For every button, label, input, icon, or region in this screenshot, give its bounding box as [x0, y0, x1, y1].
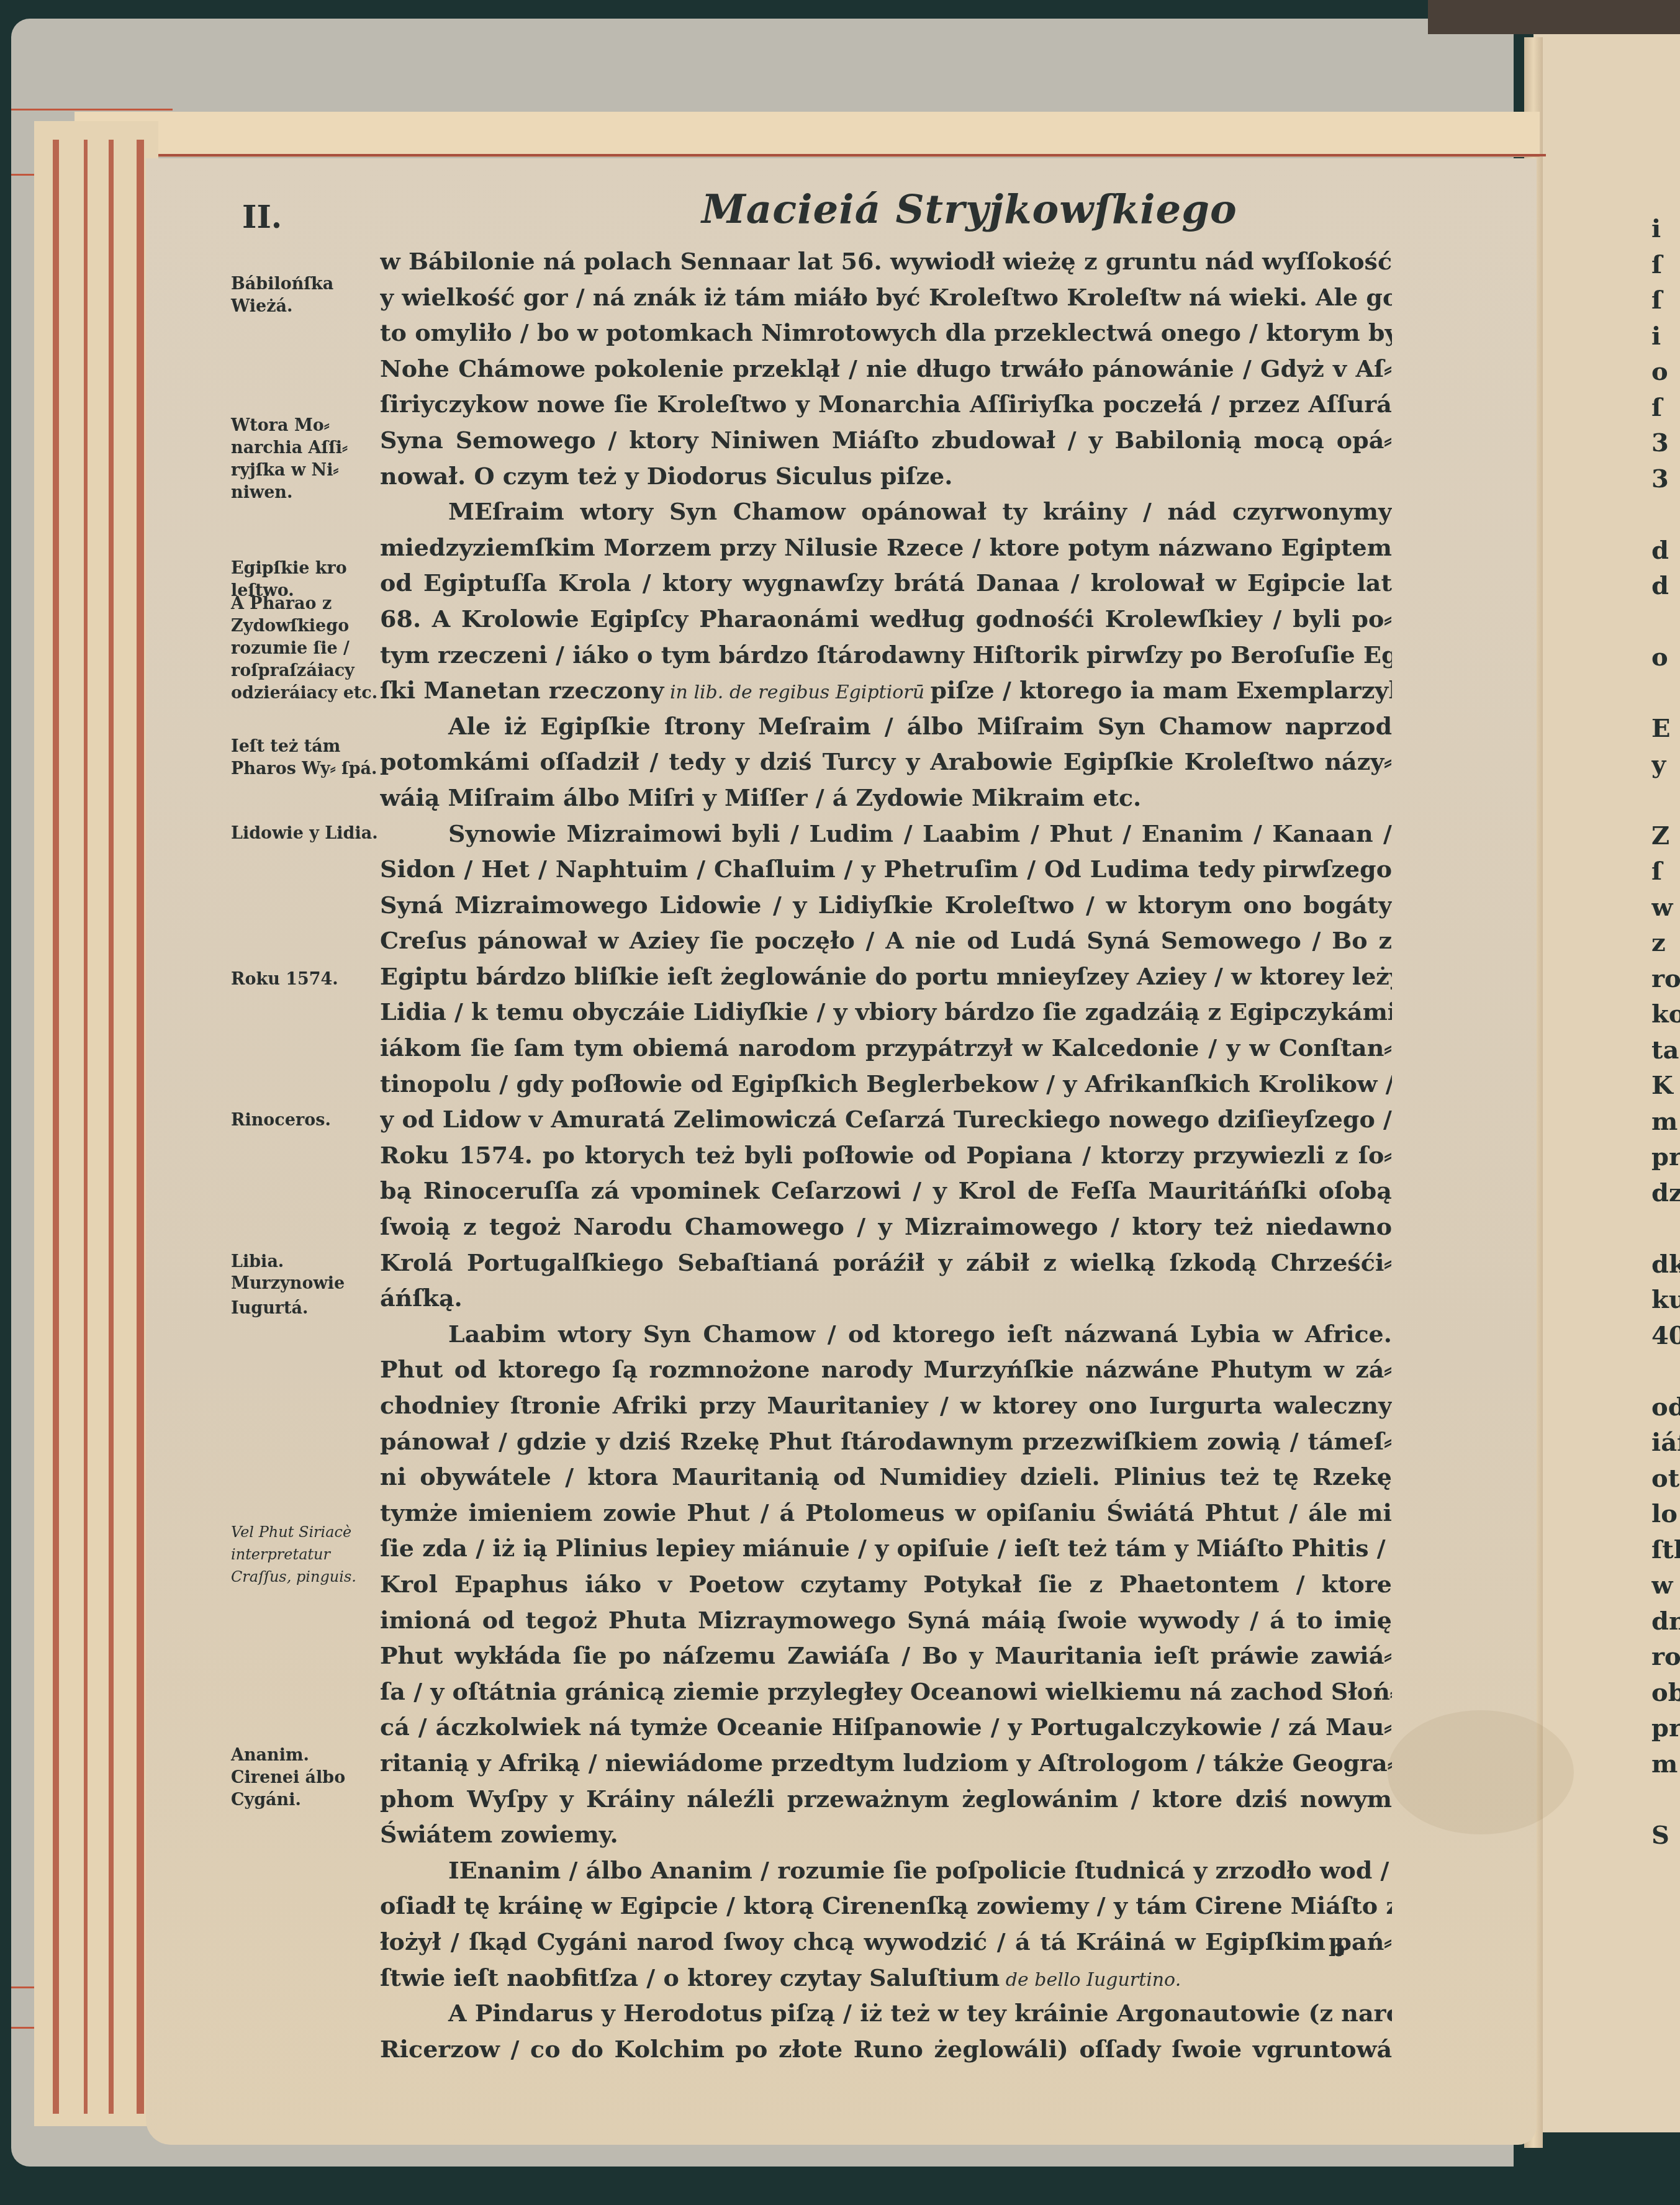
text-line: tinopolu / gdy poſłowie od Egipſkich Beg… [380, 1066, 1392, 1102]
marginal-note-pharos: Ieſt też tám Pharos Wy⸗ ſpá. [231, 736, 380, 780]
facing-cover-edge [1428, 0, 1680, 34]
text-line: ni obywátele / ktora Mauritanią od Numid… [380, 1459, 1392, 1495]
text-line: ſiriyczykow nowe ſie Kroleſtwo y Monarch… [380, 386, 1392, 422]
main-text-block: w Bábilonie ná polach Sennaar lat 56. wy… [380, 243, 1392, 2067]
text-line: Ricerzow / co do Kolchim po złote Runo ż… [380, 2031, 1392, 2067]
text-line: miedzyziemſkim Morzem przy Nilusie Rzece… [380, 530, 1392, 566]
text-line: łożył / ſkąd Cygáni narod ſwoy chcą wywo… [380, 1924, 1392, 1960]
facing-page-text-fragments: i ſ ſ i o ſ 3 3 d d o E y Z ſ w z ro ko … [1651, 211, 1680, 1853]
text-line: chodniey ſtronie Afriki przy Mauritaniey… [380, 1387, 1392, 1423]
text-line: Creſus pánował w Aziey ſie poczęło / A n… [380, 922, 1392, 958]
signature-mark: b [1329, 1934, 1345, 1962]
marginal-note-murzynowie: Murzynowie [231, 1273, 380, 1295]
text-line: ritanią y Afriką / niewiádome przedtym l… [380, 1745, 1392, 1781]
board-ruling-line [11, 109, 173, 110]
folio-number: II. [242, 199, 282, 235]
marginal-note-rinoceros: Rinoceros. [231, 1109, 380, 1132]
text-line: IEnanim / álbo Ananim / rozumie ſie poſp… [380, 1852, 1392, 1888]
marginal-note-babilonska: Bábilońſka Wieżá. [231, 273, 380, 318]
text-line: ſa / y oſtátnia gránicą ziemie przyległe… [380, 1674, 1392, 1710]
marginal-note-roku: Roku 1574. [231, 968, 380, 991]
latin-citation: de bello Iugurtino. [1000, 1969, 1181, 1991]
page-top-flap [75, 112, 1540, 157]
text-line: oſiadł tę kráinę w Egipcie / ktorą Ciren… [380, 1888, 1392, 1924]
text-line: ſtwie ieſt naobfitſza / o ktorey czytay … [380, 1960, 1392, 1996]
text-line: cá / áczkolwiek ná tymże Oceanie Hiſpano… [380, 1709, 1392, 1745]
text-line: wáią Miſraim álbo Miſri y Miſſer / á Zyd… [380, 780, 1392, 816]
text-line: Sidon / Het / Naphtuim / Chaſluim / y Ph… [380, 851, 1392, 887]
text-line: y od Lidow v Amuratá Zelimowiczá Ceſarzá… [380, 1101, 1392, 1137]
text-line: phom Wyſpy y Kráiny náleźli przeważnym ż… [380, 1781, 1392, 1817]
text-line: Synowie Mizraimowi byli / Ludim / Laabim… [380, 816, 1392, 852]
text-line: iákom ſie ſam tym obiemá narodom przypát… [380, 1030, 1392, 1066]
text-line: A Pindarus y Herodotus piſzą / iż też w … [380, 1995, 1392, 2031]
page-stack-edges [34, 121, 158, 2126]
marginal-note-jugurta: Iugurtá. [231, 1297, 380, 1320]
text-line: áńſką. [380, 1280, 1392, 1316]
text-line: Phut od ktorego ſą rozmnożone narody Mur… [380, 1351, 1392, 1387]
latin-citation: in lib. de regibus Egiptiorū [664, 682, 930, 703]
text-line: Egiptu bárdzo bliſkie ieſt żeglowánie do… [380, 958, 1392, 994]
text-line: ſie zda / iż ią Plinius lepiey miánuie /… [380, 1530, 1392, 1566]
marginal-note-lidowie: Lidowie y Lidia. [231, 823, 380, 845]
text-line: Syná Mizraimowego Lidowie / y Lidiyſkie … [380, 887, 1392, 923]
text-line: pánował / gdzie y dziś Rzekę Phut ſtárod… [380, 1423, 1392, 1459]
text-line: Lidia / k temu obyczáie Lidiyſkie / y vb… [380, 994, 1392, 1030]
text-line: Nohe Chámowe pokolenie przeklął / nie dł… [380, 351, 1392, 387]
text-line: tym rzeczeni / iáko o tym bárdzo ſtároda… [380, 637, 1392, 673]
running-title: Macieiá Stryjkowſkiego [702, 186, 1237, 233]
text-line: potomkámi oſſadził / tedy y dziś Turcy y… [380, 744, 1392, 780]
text-line: y wielkość gor / ná znák iż tám miáło by… [380, 279, 1392, 315]
marginal-note-ananim: Ananim. Cirenei álbo Cygáni. [231, 1744, 380, 1811]
text-line: nował. O czym też y Diodorus Siculus piſ… [380, 458, 1392, 494]
text-line: Laabim wtory Syn Chamow / od ktorego ieſ… [380, 1316, 1392, 1352]
text-line: Syna Semowego / ktory Niniwen Miáſto zbu… [380, 422, 1392, 458]
marginal-note-libia: Libia. [231, 1251, 380, 1273]
text-line: tymże imieniem zowie Phut / á Ptolomeus … [380, 1495, 1392, 1531]
text-line: od Egiptuſſa Krola / ktory wygnawſzy brá… [380, 565, 1392, 601]
text-line: Krolá Portugalſkiego Sebaſtianá poráźił … [380, 1245, 1392, 1281]
text-line: Świátem zowiemy. [380, 1816, 1392, 1852]
text-line: Ale iż Egipſkie ſtrony Meſraim / álbo Mi… [380, 708, 1392, 744]
text-line: imioná od tegoż Phuta Mizraymowego Syná … [380, 1602, 1392, 1638]
text-line: bą Rinoceruſſa zá vpominek Ceſarzowi / y… [380, 1173, 1392, 1209]
text-line: MEſraim wtory Syn Chamow opánował ty krá… [380, 494, 1392, 530]
text-line: Krol Epaphus iáko v Poetow czytamy Potyk… [380, 1566, 1392, 1602]
text-line: Phut wykłáda ſie po náſzemu Zawiáſa / Bo… [380, 1638, 1392, 1674]
text-line: 68. A Krolowie Egipſcy Pharaonámi według… [380, 601, 1392, 637]
marginal-note-vel-phut: Vel Phut Siriacè interpretatur Craſſus, … [231, 1521, 380, 1588]
text-line: Roku 1574. po ktorych też byli poſłowie … [380, 1137, 1392, 1173]
marginal-note-wtora-monarchia: Wtora Mo⸗ narchia Aſſi⸗ ryjſka w Ni⸗ niw… [231, 415, 380, 504]
text-line: ſki Manetan rzeczony in lib. de regibus … [380, 672, 1392, 708]
red-page-edge-top [143, 154, 1546, 156]
marginal-note-pharao: A Pharao z Zydowſkiego rozumie ſie / roſ… [231, 593, 380, 705]
text-line: to omyliło / bo w potomkach Nimrotowych … [380, 315, 1392, 351]
text-line: ſwoią z tegoż Narodu Chamowego / y Mizra… [380, 1209, 1392, 1245]
text-line: w Bábilonie ná polach Sennaar lat 56. wy… [380, 243, 1392, 279]
